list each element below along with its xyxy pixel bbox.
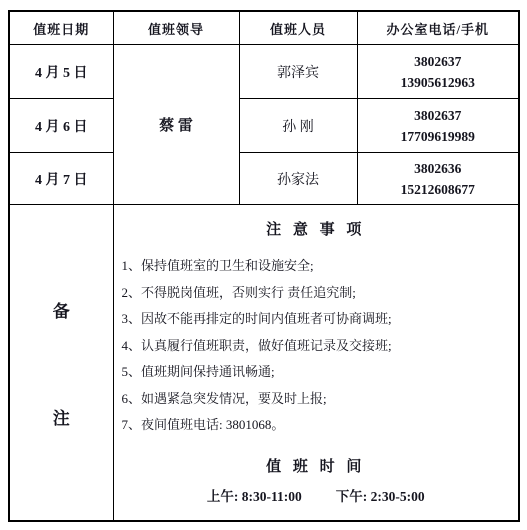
mobile-phone: 13905612963 [358,72,519,93]
remarks-row: 备 注 注 意 事 项 1、保持值班室的卫生和设施安全; 2、不得脱岗值班，否则… [9,205,519,522]
header-office-phone: 办公室电话/手机 [357,11,519,45]
office-phone: 3802637 [358,105,519,126]
note-item: 6、如遇紧急突发情况，要及时上报; [122,386,519,413]
note-item: 3、因故不能再排定的时间内值班者可协商调班; [122,306,519,333]
duty-roster-table: 值班日期 值班领导 值班人员 办公室电话/手机 4 月 5 日 蔡 雷 郭泽宾 … [8,10,520,522]
duty-person: 孙家法 [239,153,357,205]
duty-date: 4 月 5 日 [9,45,113,99]
header-duty-person: 值班人员 [239,11,357,45]
duty-date: 4 月 6 日 [9,99,113,153]
table-row: 4 月 5 日 蔡 雷 郭泽宾 3802637 13905612963 [9,45,519,99]
office-phone: 3802636 [358,158,519,179]
mobile-phone: 17709619989 [358,126,519,147]
schedule-morning: 上午: 8:30-11:00 [207,485,302,505]
note-item: 1、保持值班室的卫生和设施安全; [122,253,519,280]
duty-roster-sheet: 值班日期 值班领导 值班人员 办公室电话/手机 4 月 5 日 蔡 雷 郭泽宾 … [0,0,527,530]
note-item: 2、不得脱岗值班，否则实行 责任追究制; [122,280,519,307]
schedule-times: 上午: 8:30-11:00 下午: 2:30-5:00 [114,485,519,505]
remarks-label-top: 备 [53,297,70,322]
note-item: 4、认真履行值班职责，做好值班记录及交接班; [122,333,519,360]
note-item: 5、值班期间保持通讯畅通; [122,359,519,386]
table-row: 4 月 6 日 孙 刚 3802637 17709619989 [9,99,519,153]
phone-cell: 3802637 13905612963 [357,45,519,99]
duty-person: 孙 刚 [239,99,357,153]
office-phone: 3802637 [358,51,519,72]
remarks-label: 备 注 [10,205,113,520]
table-header-row: 值班日期 值班领导 值班人员 办公室电话/手机 [9,11,519,45]
notes-title: 注 意 事 项 [114,218,519,239]
duty-person: 郭泽宾 [239,45,357,99]
header-duty-date: 值班日期 [9,11,113,45]
schedule-title: 值 班 时 间 [114,455,519,476]
notes-list: 1、保持值班室的卫生和设施安全; 2、不得脱岗值班，否则实行 责任追究制; 3、… [114,253,519,439]
header-duty-leader: 值班领导 [113,11,239,45]
note-item: 7、夜间值班电话: 3801068。 [122,412,519,439]
remarks-label-bottom: 注 [53,404,70,429]
remarks-label-cell: 备 注 [9,205,113,522]
duty-date: 4 月 7 日 [9,153,113,205]
mobile-phone: 15212608677 [358,179,519,200]
remarks-content-cell: 注 意 事 项 1、保持值班室的卫生和设施安全; 2、不得脱岗值班，否则实行 责… [113,205,519,522]
phone-cell: 3802637 17709619989 [357,99,519,153]
duty-leader: 蔡 雷 [113,45,239,205]
table-row: 4 月 7 日 孙家法 3802636 15212608677 [9,153,519,205]
phone-cell: 3802636 15212608677 [357,153,519,205]
schedule-afternoon: 下午: 2:30-5:00 [336,485,425,505]
